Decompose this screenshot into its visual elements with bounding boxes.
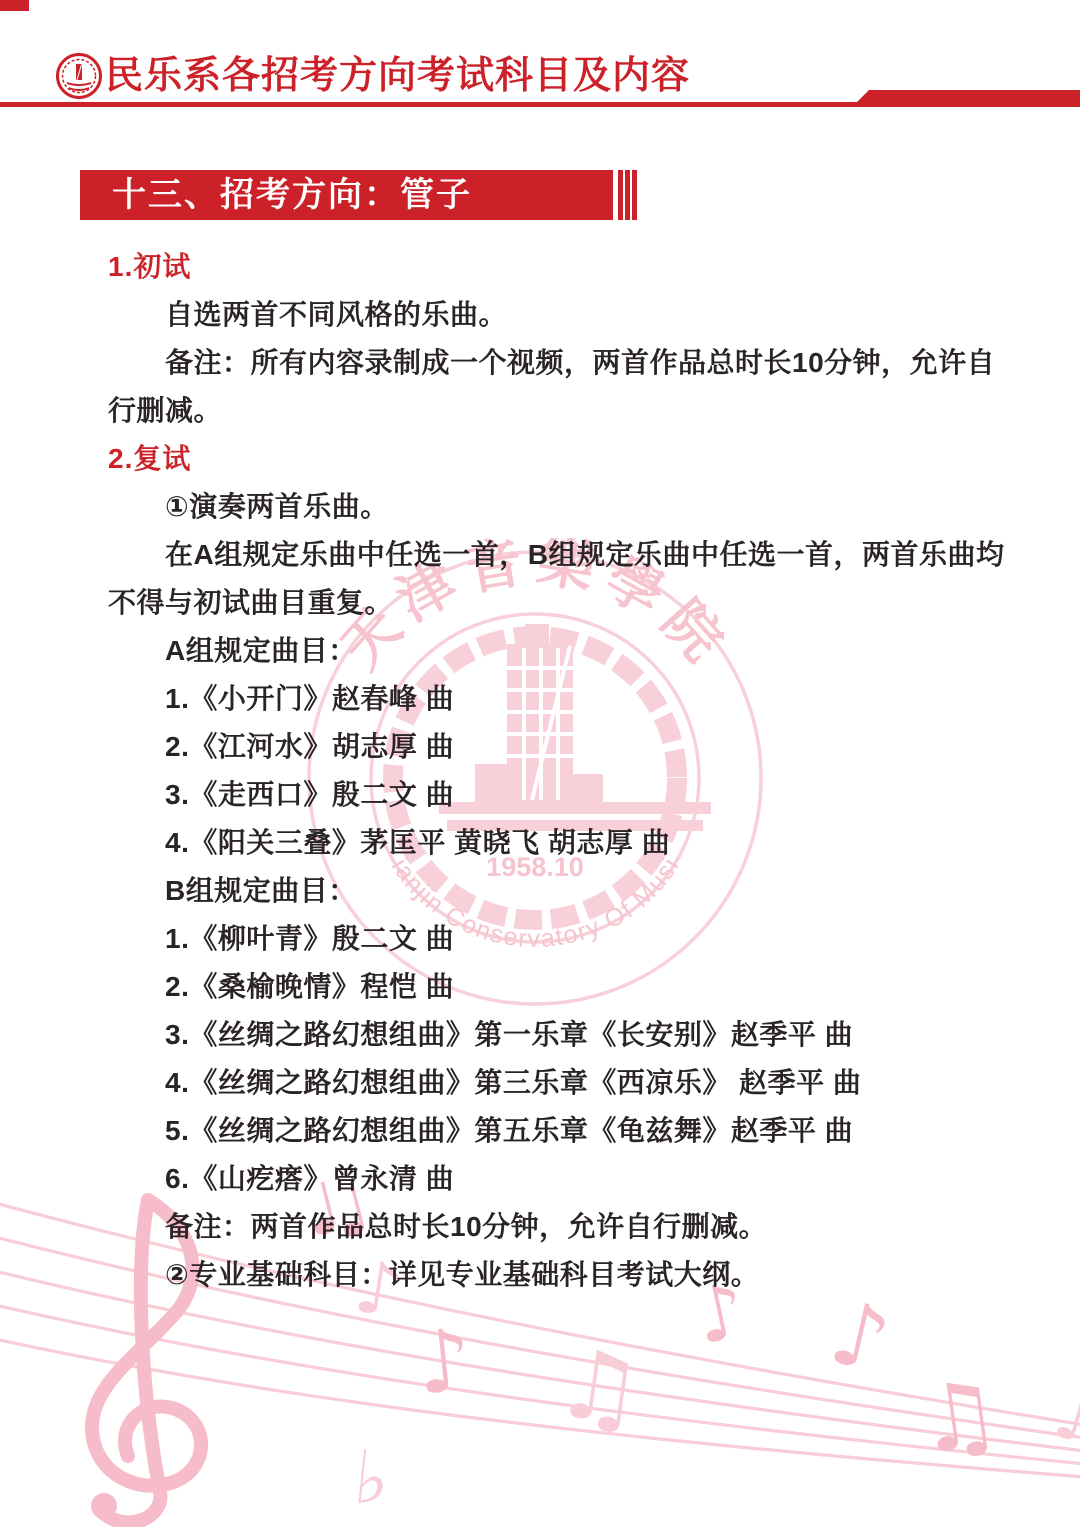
repertoire-item: 6.《山疙瘩》曾永清 曲 bbox=[108, 1155, 1068, 1203]
text-line: 在A组规定乐曲中任选一首，B组规定乐曲中任选一首，两首乐曲均 bbox=[108, 531, 1068, 579]
music-note-icon: ♪ bbox=[412, 1310, 477, 1415]
music-note-icon: ♫ bbox=[910, 1358, 1007, 1475]
document-content: 1.初试 自选两首不同风格的乐曲。 备注：所有内容录制成一个视频，两首作品总时长… bbox=[108, 243, 1068, 1299]
banner-stripe bbox=[625, 170, 630, 220]
repertoire-item: 2.《江河水》胡志厚 曲 bbox=[108, 723, 1068, 771]
repertoire-item: 3.《走西口》殷二文 曲 bbox=[108, 771, 1068, 819]
repertoire-item: 4.《阳关三叠》茅匡平 黄晓飞 胡志厚 曲 bbox=[108, 819, 1068, 867]
text-line: ①演奏两首乐曲。 bbox=[108, 483, 1068, 531]
banner-stripe bbox=[632, 170, 637, 220]
repertoire-item: 5.《丝绸之路幻想组曲》第五乐章《龟兹舞》赵季平 曲 bbox=[108, 1107, 1068, 1155]
document-page: ♫ ♪ ♪ ♫ ♪ ♭ ♪ ♫ ♪ 天津音樂學院 bbox=[0, 0, 1080, 1527]
text-line: 备注：两首作品总时长10分钟，允许自行删减。 bbox=[108, 1203, 1068, 1251]
text-line: ②专业基础科目：详见专业基础科目考试大纲。 bbox=[108, 1251, 1068, 1299]
conservatory-logo-icon bbox=[55, 52, 103, 100]
text-line: 行删减。 bbox=[108, 387, 1068, 435]
music-note-icon: ♪ bbox=[1045, 1372, 1080, 1463]
text-line: 备注：所有内容录制成一个视频，两首作品总时长10分钟，允许自 bbox=[108, 339, 1068, 387]
repertoire-item: 1.《小开门》赵春峰 曲 bbox=[108, 675, 1068, 723]
group-a-heading: A组规定曲目： bbox=[108, 627, 1068, 675]
section-banner: 十三、招考方向：管子 bbox=[80, 170, 613, 220]
flat-icon: ♭ bbox=[350, 1434, 394, 1523]
banner-stripe bbox=[618, 170, 623, 220]
section-heading: 2.复试 bbox=[108, 435, 1068, 483]
music-note-icon: ♫ bbox=[549, 1326, 650, 1449]
repertoire-item: 3.《丝绸之路幻想组曲》第一乐章《长安别》赵季平 曲 bbox=[108, 1011, 1068, 1059]
group-b-heading: B组规定曲目： bbox=[108, 867, 1068, 915]
corner-mark bbox=[0, 0, 29, 11]
repertoire-item: 2.《桑榆晚情》程恺 曲 bbox=[108, 963, 1068, 1011]
section-heading: 1.初试 bbox=[108, 243, 1068, 291]
header-rule-block bbox=[852, 90, 1080, 107]
repertoire-item: 4.《丝绸之路幻想组曲》第三乐章《西凉乐》 赵季平 曲 bbox=[108, 1059, 1068, 1107]
repertoire-item: 1.《柳叶青》殷二文 曲 bbox=[108, 915, 1068, 963]
text-line: 不得与初试曲目重复。 bbox=[108, 579, 1068, 627]
section-banner-label: 十三、招考方向：管子 bbox=[80, 170, 613, 220]
text-line: 自选两首不同风格的乐曲。 bbox=[108, 291, 1068, 339]
page-title: 民乐系各招考方向考试科目及内容 bbox=[105, 50, 690, 102]
